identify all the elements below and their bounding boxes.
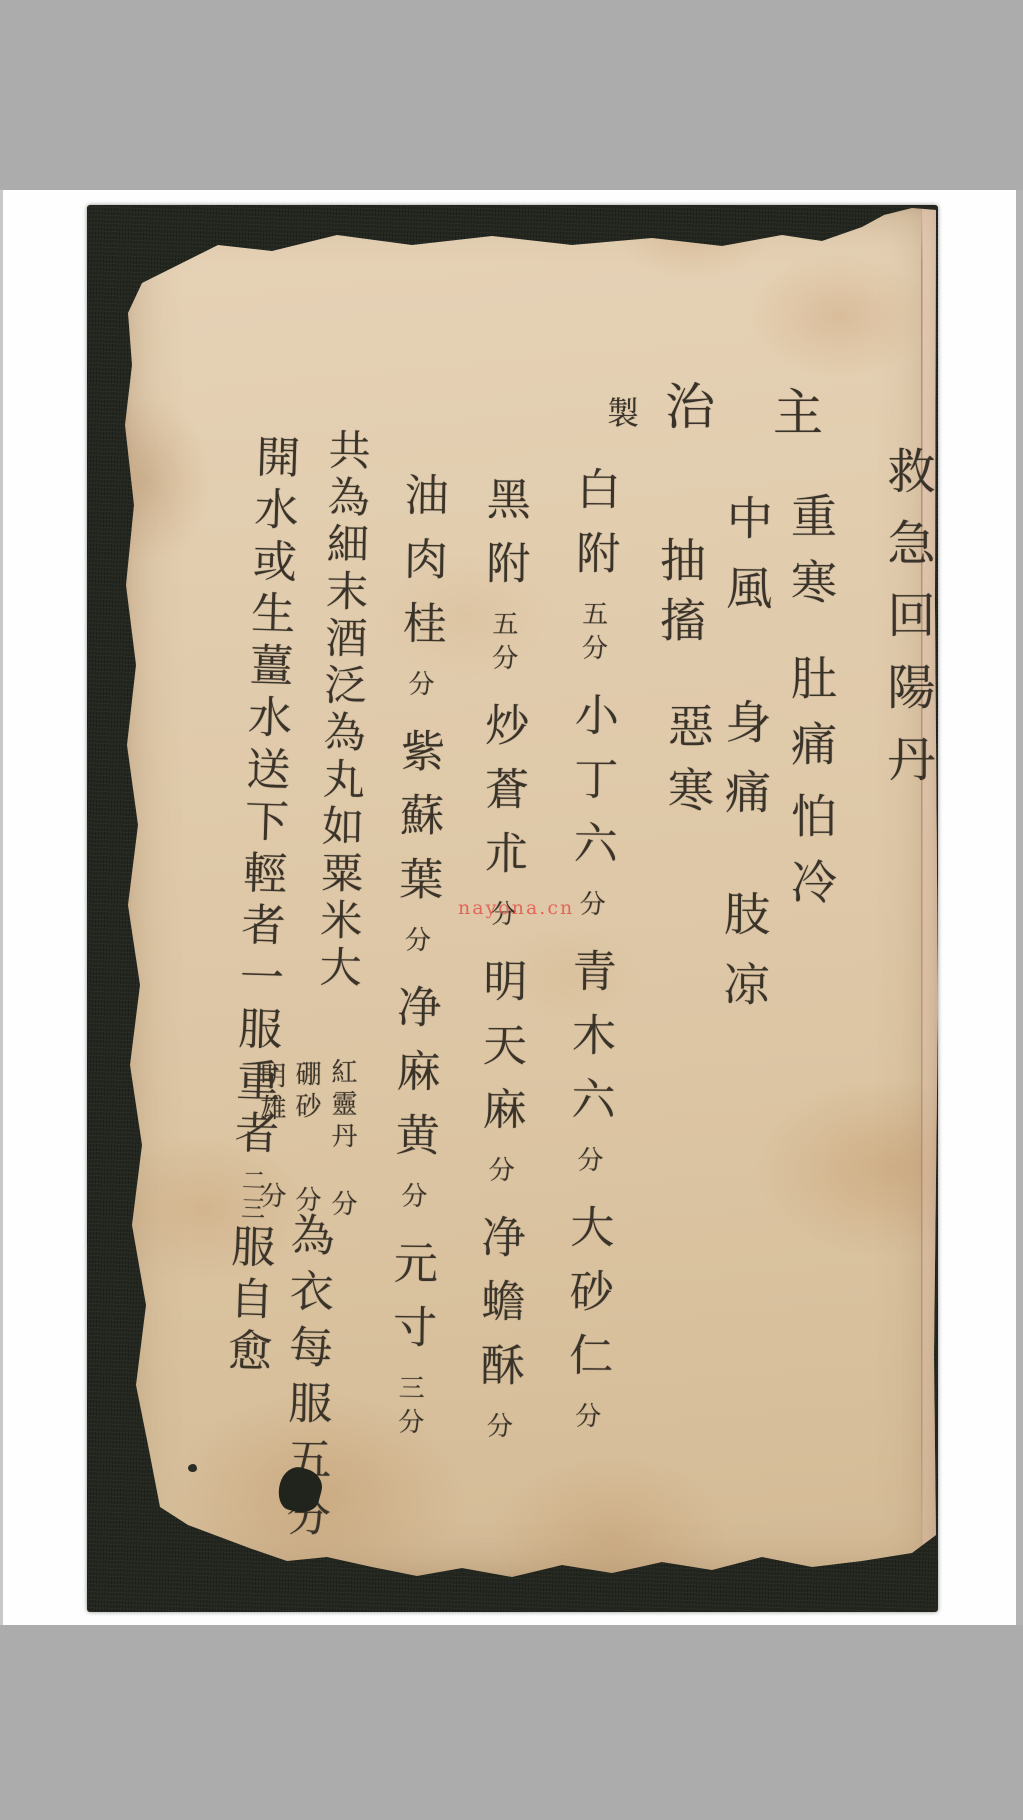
treatment-heading: 治 xyxy=(650,380,722,430)
ingredient-name: 元寸 xyxy=(385,1240,436,1369)
coating-agent-name: 紅靈丹 xyxy=(328,1058,357,1154)
ingredient-name: 小丁六 xyxy=(566,692,617,884)
ingredient-column-2: 黑附五分炒蒼朮分明天麻分净蟾酥分 xyxy=(465,476,536,1446)
heading-zhi: 治 xyxy=(658,380,714,430)
ingredient-dose: 分 xyxy=(576,890,605,924)
ingredient-name: 油肉桂 xyxy=(395,472,447,665)
symptom: 重寒 xyxy=(785,492,836,624)
ingredient-dose: 分 xyxy=(483,1412,512,1446)
ingredient-column-1: 白附五分小丁六分青木六分大砂仁分 xyxy=(554,466,626,1437)
symptom-column-1: 重寒肚痛怕冷 xyxy=(777,492,843,924)
usage-text: 服自愈 xyxy=(220,1223,274,1380)
paper-speck xyxy=(188,1464,197,1472)
ingredient-dose: 五分 xyxy=(578,600,608,668)
symptom: 身痛 xyxy=(719,698,771,838)
ingredient-name: 白附 xyxy=(569,466,619,594)
ingredient-name: 炒蒼朮 xyxy=(477,702,527,894)
ingredient-name: 紫蘇葉 xyxy=(392,728,444,921)
coating-agent-column-2: 硼砂分 xyxy=(288,1060,325,1218)
usage-dose-numbers: 二三 xyxy=(236,1167,264,1224)
ingredient-name: 黑附 xyxy=(479,476,529,604)
ingredient-dose: 分 xyxy=(401,926,430,960)
ingredient-dose: 分 xyxy=(405,670,434,704)
ingredient-name: 青木六 xyxy=(564,948,615,1140)
ingredient-name: 净蟾酥 xyxy=(474,1214,524,1406)
ingredient-column-3: 油肉桂分紫蘇葉分净麻黄分元寸三分 xyxy=(376,472,454,1443)
treatment-item-2: 惡寒 xyxy=(654,702,720,830)
ingredient-name: 大砂仁 xyxy=(562,1204,613,1396)
symptom: 肢凉 xyxy=(717,890,769,1030)
ingredient-dose: 分 xyxy=(574,1146,603,1180)
treatment-text: 抽搐 xyxy=(654,536,705,656)
scanned-manuscript-viewer: 救急回陽丹 主 重寒肚痛怕冷 中風身痛肢凉 治 抽搐 惡寒 製 白附五分小丁六分… xyxy=(0,0,1023,1820)
ingredient-dose: 分 xyxy=(485,1156,514,1190)
ingredient-name: 净麻黄 xyxy=(388,984,440,1177)
prep-mark-text: 製 xyxy=(603,396,639,428)
grinding-instruction-column: 共為細末酒泛為丸如粟米大 xyxy=(306,427,376,992)
ingredient-name: 明天麻 xyxy=(475,958,525,1150)
usage-text: 開水或生薑水送下輕者一服重者 xyxy=(227,433,299,1162)
ingredient-dose: 五分 xyxy=(489,610,518,678)
symptom: 怕冷 xyxy=(785,792,836,924)
treatment-item-1: 抽搐 xyxy=(646,536,712,656)
ingredient-dose: 三分 xyxy=(394,1374,424,1442)
coating-agent-column-1: 紅靈丹分 xyxy=(324,1058,361,1222)
symptom: 中風 xyxy=(720,494,772,634)
site-watermark: nayona.cn xyxy=(458,897,574,919)
indications-heading: 主 xyxy=(758,386,830,436)
preparation-mark: 製 xyxy=(598,396,644,428)
coating-agent-name: 硼砂 xyxy=(292,1060,321,1124)
heading-zhu: 主 xyxy=(766,386,822,436)
ingredient-dose: 分 xyxy=(398,1182,427,1216)
recipe-title-column: 救急回陽丹 xyxy=(872,446,941,806)
symptom: 肚痛 xyxy=(785,654,836,786)
treatment-text: 惡寒 xyxy=(662,702,713,830)
ingredient-dose: 分 xyxy=(572,1402,601,1436)
grinding-instruction-text: 共為細末酒泛為丸如粟米大 xyxy=(313,428,369,993)
recipe-title: 救急回陽丹 xyxy=(880,446,933,806)
